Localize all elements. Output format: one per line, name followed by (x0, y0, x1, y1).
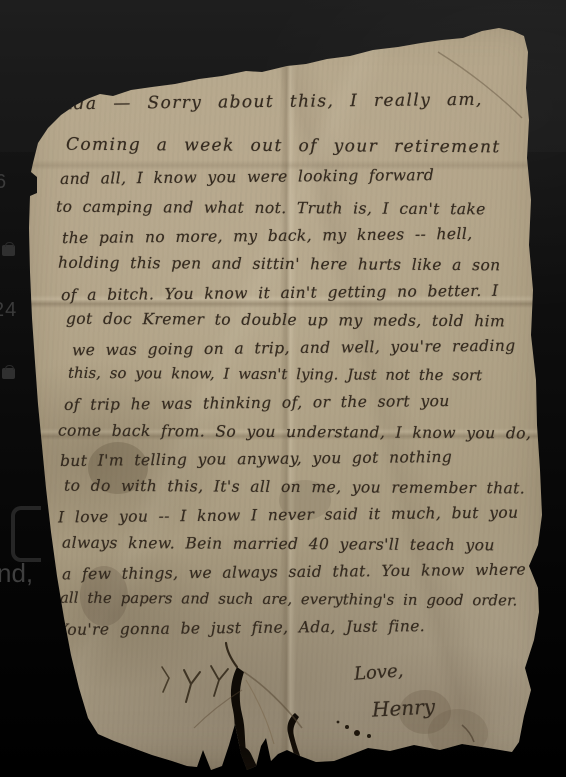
ink-spots (337, 721, 371, 738)
letter-closing: Love, (353, 660, 404, 684)
letter-paper: Ada — Sorry about this, I really am, Com… (0, 0, 566, 777)
letter-line: You're gonna be just fine, Ada, Just fin… (58, 617, 425, 639)
lock-icon (2, 368, 15, 379)
small-cracks (162, 666, 228, 702)
letter-line: to do with this, It's all on me, you rem… (64, 477, 525, 498)
letter-line: this, so you know, I wasn't lying. Just … (68, 365, 482, 385)
letter-line: to camping and what not. Truth is, I can… (56, 198, 486, 219)
letter-line: we was going on a trip, and well, you're… (72, 337, 516, 360)
paper-stains (80, 442, 488, 757)
letter-line: a few things, we always said that. You k… (62, 561, 526, 584)
letter-line: and all, I know you were looking forward (60, 166, 434, 188)
paper-damage-overlay (0, 0, 566, 777)
frame-corner-icon (11, 506, 41, 562)
background-count-badge: 24 (0, 300, 17, 320)
letter-line: but I'm telling you anyway, you got noth… (60, 448, 452, 470)
letter-line: of a bitch. You know it ain't getting no… (61, 282, 499, 305)
letter-text: Ada — Sorry about this, I really am, Com… (0, 0, 566, 777)
letter-line: of trip he was thinking of, or the sort … (64, 392, 450, 414)
tear-crack (222, 643, 302, 777)
background-count-badge: 6 (0, 172, 7, 192)
letter-signature: Henry (371, 694, 435, 721)
fold-crease-horizontal (30, 160, 536, 170)
letter-line: Ada — Sorry about this, I really am, (60, 90, 483, 114)
crumple-ridges (194, 52, 522, 744)
letter-line: I love you -- I know I never said it muc… (58, 504, 519, 527)
letter-line: always knew. Bein married 40 years'll te… (62, 534, 495, 555)
letter-line: got doc Kremer to double up my meds, tol… (66, 310, 505, 331)
background-partial-text: nd, (0, 560, 33, 586)
lock-icon (2, 245, 15, 256)
letter-line: all the papers and such are, everything'… (60, 590, 517, 610)
letter-line: come back from. So you understand, I kno… (58, 422, 531, 443)
letter-line: Coming a week out of your retirement (66, 135, 501, 158)
letter-line: holding this pen and sittin' here hurts … (58, 254, 501, 275)
fold-crease-vertical (280, 45, 296, 762)
game-screen: 6 24 nd, (0, 0, 566, 777)
fold-crease-horizontal (30, 295, 540, 308)
letter-line: the pain no more, my back, my knees -- h… (62, 225, 473, 247)
fold-crease-horizontal (32, 428, 540, 440)
